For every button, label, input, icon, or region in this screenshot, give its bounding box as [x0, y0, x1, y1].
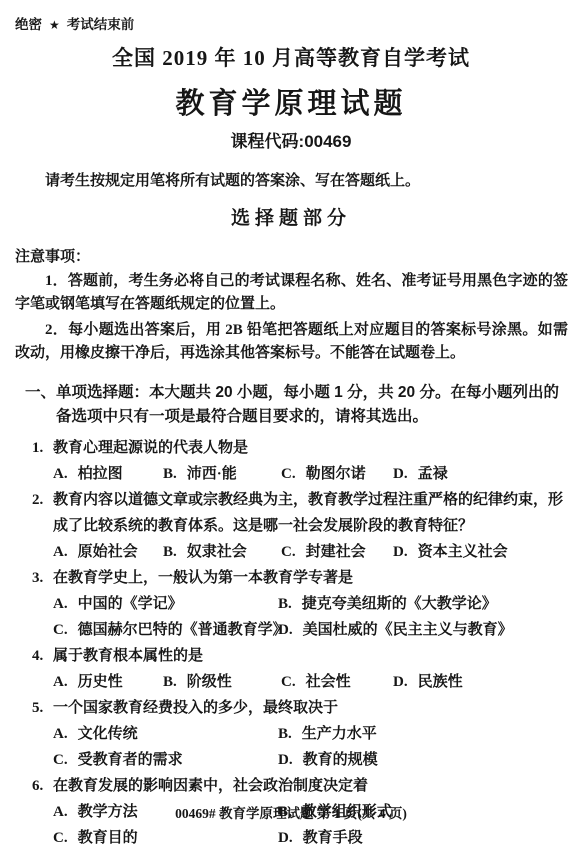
option-label: C.	[281, 674, 296, 690]
course-code: 课程代码:00469	[0, 127, 582, 152]
option-c: C.社会性	[281, 669, 393, 695]
question-number: 6.	[32, 773, 53, 799]
classification-label: 绝密	[15, 17, 42, 32]
question-stem: 在教育学史上，一般认为第一本教育学专著是	[53, 565, 568, 591]
option-label: A.	[53, 674, 68, 690]
question-number: 5.	[32, 695, 53, 721]
exam-session-title: 全国 2019 年 10 月高等教育自学考试	[0, 42, 582, 72]
question-options: A.原始社会B.奴隶社会C.封建社会D.资本主义社会	[53, 539, 568, 565]
option-text: 阶级性	[187, 674, 232, 690]
question-3: 3.在教育学史上，一般认为第一本教育学专著是A.中国的《学记》B.捷克夸美纽斯的…	[32, 565, 568, 643]
option-label: C.	[53, 830, 68, 844]
section-title: 选择题部分	[0, 203, 582, 230]
option-c: C.受教育者的需求	[53, 747, 278, 773]
question-5: 5.一个国家教育经费投入的多少，最终取决于A.文化传统B.生产力水平C.受教育者…	[32, 695, 568, 773]
option-text: 受教育者的需求	[78, 752, 183, 768]
question-stem-row: 2.教育内容以道德文章或宗教经典为主，教育教学过程注重严格的纪律约束，形成了比较…	[32, 487, 568, 539]
option-text: 教育的规模	[303, 752, 378, 768]
option-label: C.	[281, 466, 296, 482]
option-label: D.	[393, 674, 408, 690]
note-item-1: 1．答题前，考生务必将自己的考试课程名称、姓名、准考证号用黑色字迹的签字笔或钢笔…	[15, 270, 568, 315]
option-b: B.捷克夸美纽斯的《大教学论》	[278, 591, 568, 617]
paper-title: 教育学原理试题	[0, 81, 582, 122]
option-label: A.	[53, 466, 68, 482]
question-stem: 在教育发展的影响因素中，社会政治制度决定着	[53, 773, 568, 799]
option-text: 社会性	[306, 674, 351, 690]
option-d: D.民族性	[393, 669, 568, 695]
option-c: C.勒图尔诺	[281, 461, 393, 487]
part-one-heading-text: 单项选择题：本大题共 20 小题，每小题 1 分，共 20 分。在每小题列出的备…	[56, 384, 559, 425]
option-a: A.文化传统	[53, 721, 278, 747]
option-text: 历史性	[78, 674, 123, 690]
option-d: D.美国杜威的《民主主义与教育》	[278, 617, 568, 643]
option-text: 原始社会	[78, 544, 138, 560]
option-label: D.	[278, 622, 293, 638]
question-stem: 一个国家教育经费投入的多少，最终取决于	[53, 695, 568, 721]
question-options: A.中国的《学记》B.捷克夸美纽斯的《大教学论》C.德国赫尔巴特的《普通教育学》…	[53, 591, 568, 643]
question-2: 2.教育内容以道德文章或宗教经典为主，教育教学过程注重严格的纪律约束，形成了比较…	[32, 487, 568, 565]
option-text: 柏拉图	[78, 466, 123, 482]
notes-heading: 注意事项：	[15, 245, 582, 266]
option-c: C.教育目的	[53, 825, 278, 844]
question-stem-row: 6.在教育发展的影响因素中，社会政治制度决定着	[32, 773, 568, 799]
option-label: D.	[278, 752, 293, 768]
option-d: D.教育的规模	[278, 747, 568, 773]
option-text: 教育目的	[78, 830, 138, 844]
option-text: 封建社会	[306, 544, 366, 560]
option-label: D.	[278, 830, 293, 844]
exam-timing-label: 考试结束前	[67, 17, 135, 32]
option-c: C.德国赫尔巴特的《普通教育学》	[53, 617, 278, 643]
option-text: 中国的《学记》	[78, 596, 183, 612]
option-text: 美国杜威的《民主主义与教育》	[303, 622, 513, 638]
option-text: 文化传统	[78, 726, 138, 742]
option-label: D.	[393, 544, 408, 560]
option-d: D.教育手段	[278, 825, 568, 844]
option-d: D.资本主义社会	[393, 539, 568, 565]
question-stem: 属于教育根本属性的是	[53, 643, 568, 669]
question-options: A.文化传统B.生产力水平C.受教育者的需求D.教育的规模	[53, 721, 568, 773]
option-label: D.	[393, 466, 408, 482]
option-label: B.	[163, 466, 177, 482]
question-list: 1.教育心理起源说的代表人物是A.柏拉图B.沛西·能C.勒图尔诺D.孟禄2.教育…	[32, 435, 568, 844]
exam-paper-page: 绝密★考试结束前 全国 2019 年 10 月高等教育自学考试 教育学原理试题 …	[0, 0, 582, 844]
star-icon: ★	[49, 18, 60, 32]
question-stem: 教育内容以道德文章或宗教经典为主，教育教学过程注重严格的纪律约束，形成了比较系统…	[53, 487, 568, 539]
option-text: 沛西·能	[187, 466, 237, 482]
question-number: 3.	[32, 565, 53, 591]
option-b: B.生产力水平	[278, 721, 568, 747]
question-stem-row: 3.在教育学史上，一般认为第一本教育学专著是	[32, 565, 568, 591]
option-label: B.	[163, 544, 177, 560]
secrecy-line: 绝密★考试结束前	[15, 13, 134, 33]
question-stem-row: 4.属于教育根本属性的是	[32, 643, 568, 669]
option-a: A.中国的《学记》	[53, 591, 278, 617]
question-number: 1.	[32, 435, 53, 461]
option-label: C.	[53, 622, 68, 638]
option-b: B.阶级性	[163, 669, 281, 695]
question-options: A.柏拉图B.沛西·能C.勒图尔诺D.孟禄	[53, 461, 568, 487]
question-stem-row: 5.一个国家教育经费投入的多少，最终取决于	[32, 695, 568, 721]
note-item-2: 2．每小题选出答案后，用 2B 铅笔把答题纸上对应题目的答案标号涂黑。如需改动，…	[15, 319, 568, 364]
option-label: B.	[278, 596, 292, 612]
option-text: 德国赫尔巴特的《普通教育学》	[78, 622, 288, 638]
option-text: 民族性	[418, 674, 463, 690]
option-b: B.奴隶社会	[163, 539, 281, 565]
option-label: A.	[53, 726, 68, 742]
option-text: 资本主义社会	[418, 544, 508, 560]
option-label: C.	[281, 544, 296, 560]
option-text: 捷克夸美纽斯的《大教学论》	[302, 596, 497, 612]
question-options: A.历史性B.阶级性C.社会性D.民族性	[53, 669, 568, 695]
option-label: C.	[53, 752, 68, 768]
option-b: B.沛西·能	[163, 461, 281, 487]
option-text: 教育手段	[303, 830, 363, 844]
part-one-heading: 一、单项选择题：本大题共 20 小题，每小题 1 分，共 20 分。在每小题列出…	[25, 381, 564, 428]
option-label: B.	[163, 674, 177, 690]
option-d: D.孟禄	[393, 461, 568, 487]
option-label: A.	[53, 596, 68, 612]
question-stem-row: 1.教育心理起源说的代表人物是	[32, 435, 568, 461]
question-1: 1.教育心理起源说的代表人物是A.柏拉图B.沛西·能C.勒图尔诺D.孟禄	[32, 435, 568, 487]
option-a: A.历史性	[53, 669, 163, 695]
question-4: 4.属于教育根本属性的是A.历史性B.阶级性C.社会性D.民族性	[32, 643, 568, 695]
option-a: A.柏拉图	[53, 461, 163, 487]
option-text: 奴隶社会	[187, 544, 247, 560]
page-footer: 00469# 教育学原理试题 第 1 页(共 4 页)	[0, 802, 582, 822]
question-stem: 教育心理起源说的代表人物是	[53, 435, 568, 461]
question-number: 2.	[32, 487, 53, 539]
question-number: 4.	[32, 643, 53, 669]
option-label: B.	[278, 726, 292, 742]
part-one-marker: 一、	[25, 384, 56, 401]
pen-instruction: 请考生按规定用笔将所有试题的答案涂、写在答题纸上。	[15, 169, 567, 190]
option-a: A.原始社会	[53, 539, 163, 565]
option-label: A.	[53, 544, 68, 560]
option-text: 生产力水平	[302, 726, 377, 742]
option-text: 孟禄	[418, 466, 448, 482]
option-text: 勒图尔诺	[306, 466, 366, 482]
option-c: C.封建社会	[281, 539, 393, 565]
